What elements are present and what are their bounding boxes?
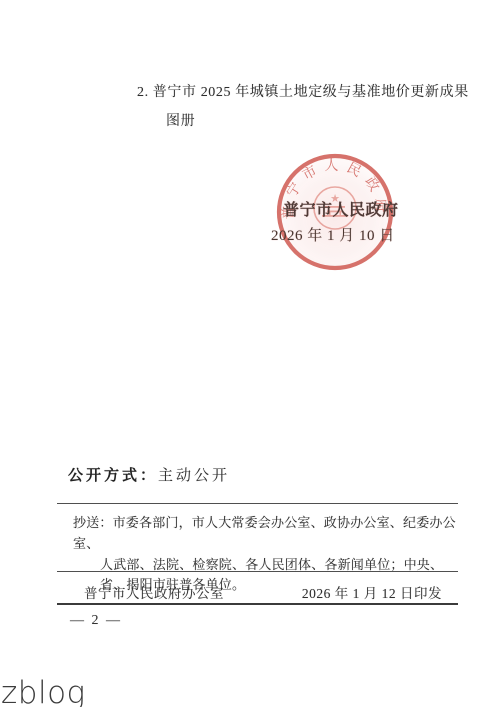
cc-line1: 抄送：市委各部门，市人大常委会办公室、政协办公室、纪委办公室、 — [73, 513, 457, 555]
disclosure-label: 公开方式： — [68, 467, 158, 484]
separator-line-bottom — [57, 603, 458, 605]
scanned-document-page: { "page": { "attachment": { "line1": "2.… — [0, 0, 500, 707]
page-number: — 2 — — [70, 613, 122, 629]
disclosure-row: 公开方式：主动公开 — [68, 464, 230, 485]
disclosure-value: 主动公开 — [158, 468, 230, 484]
print-date: 2026 年 1 月 12 日印发 — [302, 582, 458, 602]
cc-line1-text: 市委各部门，市人大常委会办公室、政协办公室、纪委办公室、 — [73, 515, 456, 551]
attachment-item-line2: 图册 — [166, 110, 195, 130]
cc-label: 抄送： — [73, 515, 113, 530]
issuer-signature: 普宁市人民政府 — [283, 197, 399, 220]
separator-line-top — [57, 503, 458, 504]
attachment-item-line1: 2. 普宁市 2025 年城镇土地定级与基准地价更新成果 — [137, 81, 469, 101]
colophon-row: 普宁市人民政府办公室 2026 年 1 月 12 日印发 — [57, 582, 458, 602]
document-date: 2026 年 1 月 10 日 — [271, 224, 395, 245]
issuing-office: 普宁市人民政府办公室 — [57, 582, 224, 602]
separator-line-middle — [57, 571, 458, 572]
cc-line2: 人武部、法院、检察院、各人民团体、各新闻单位；中央、 — [73, 555, 457, 576]
site-watermark: zblog — [1, 676, 86, 707]
